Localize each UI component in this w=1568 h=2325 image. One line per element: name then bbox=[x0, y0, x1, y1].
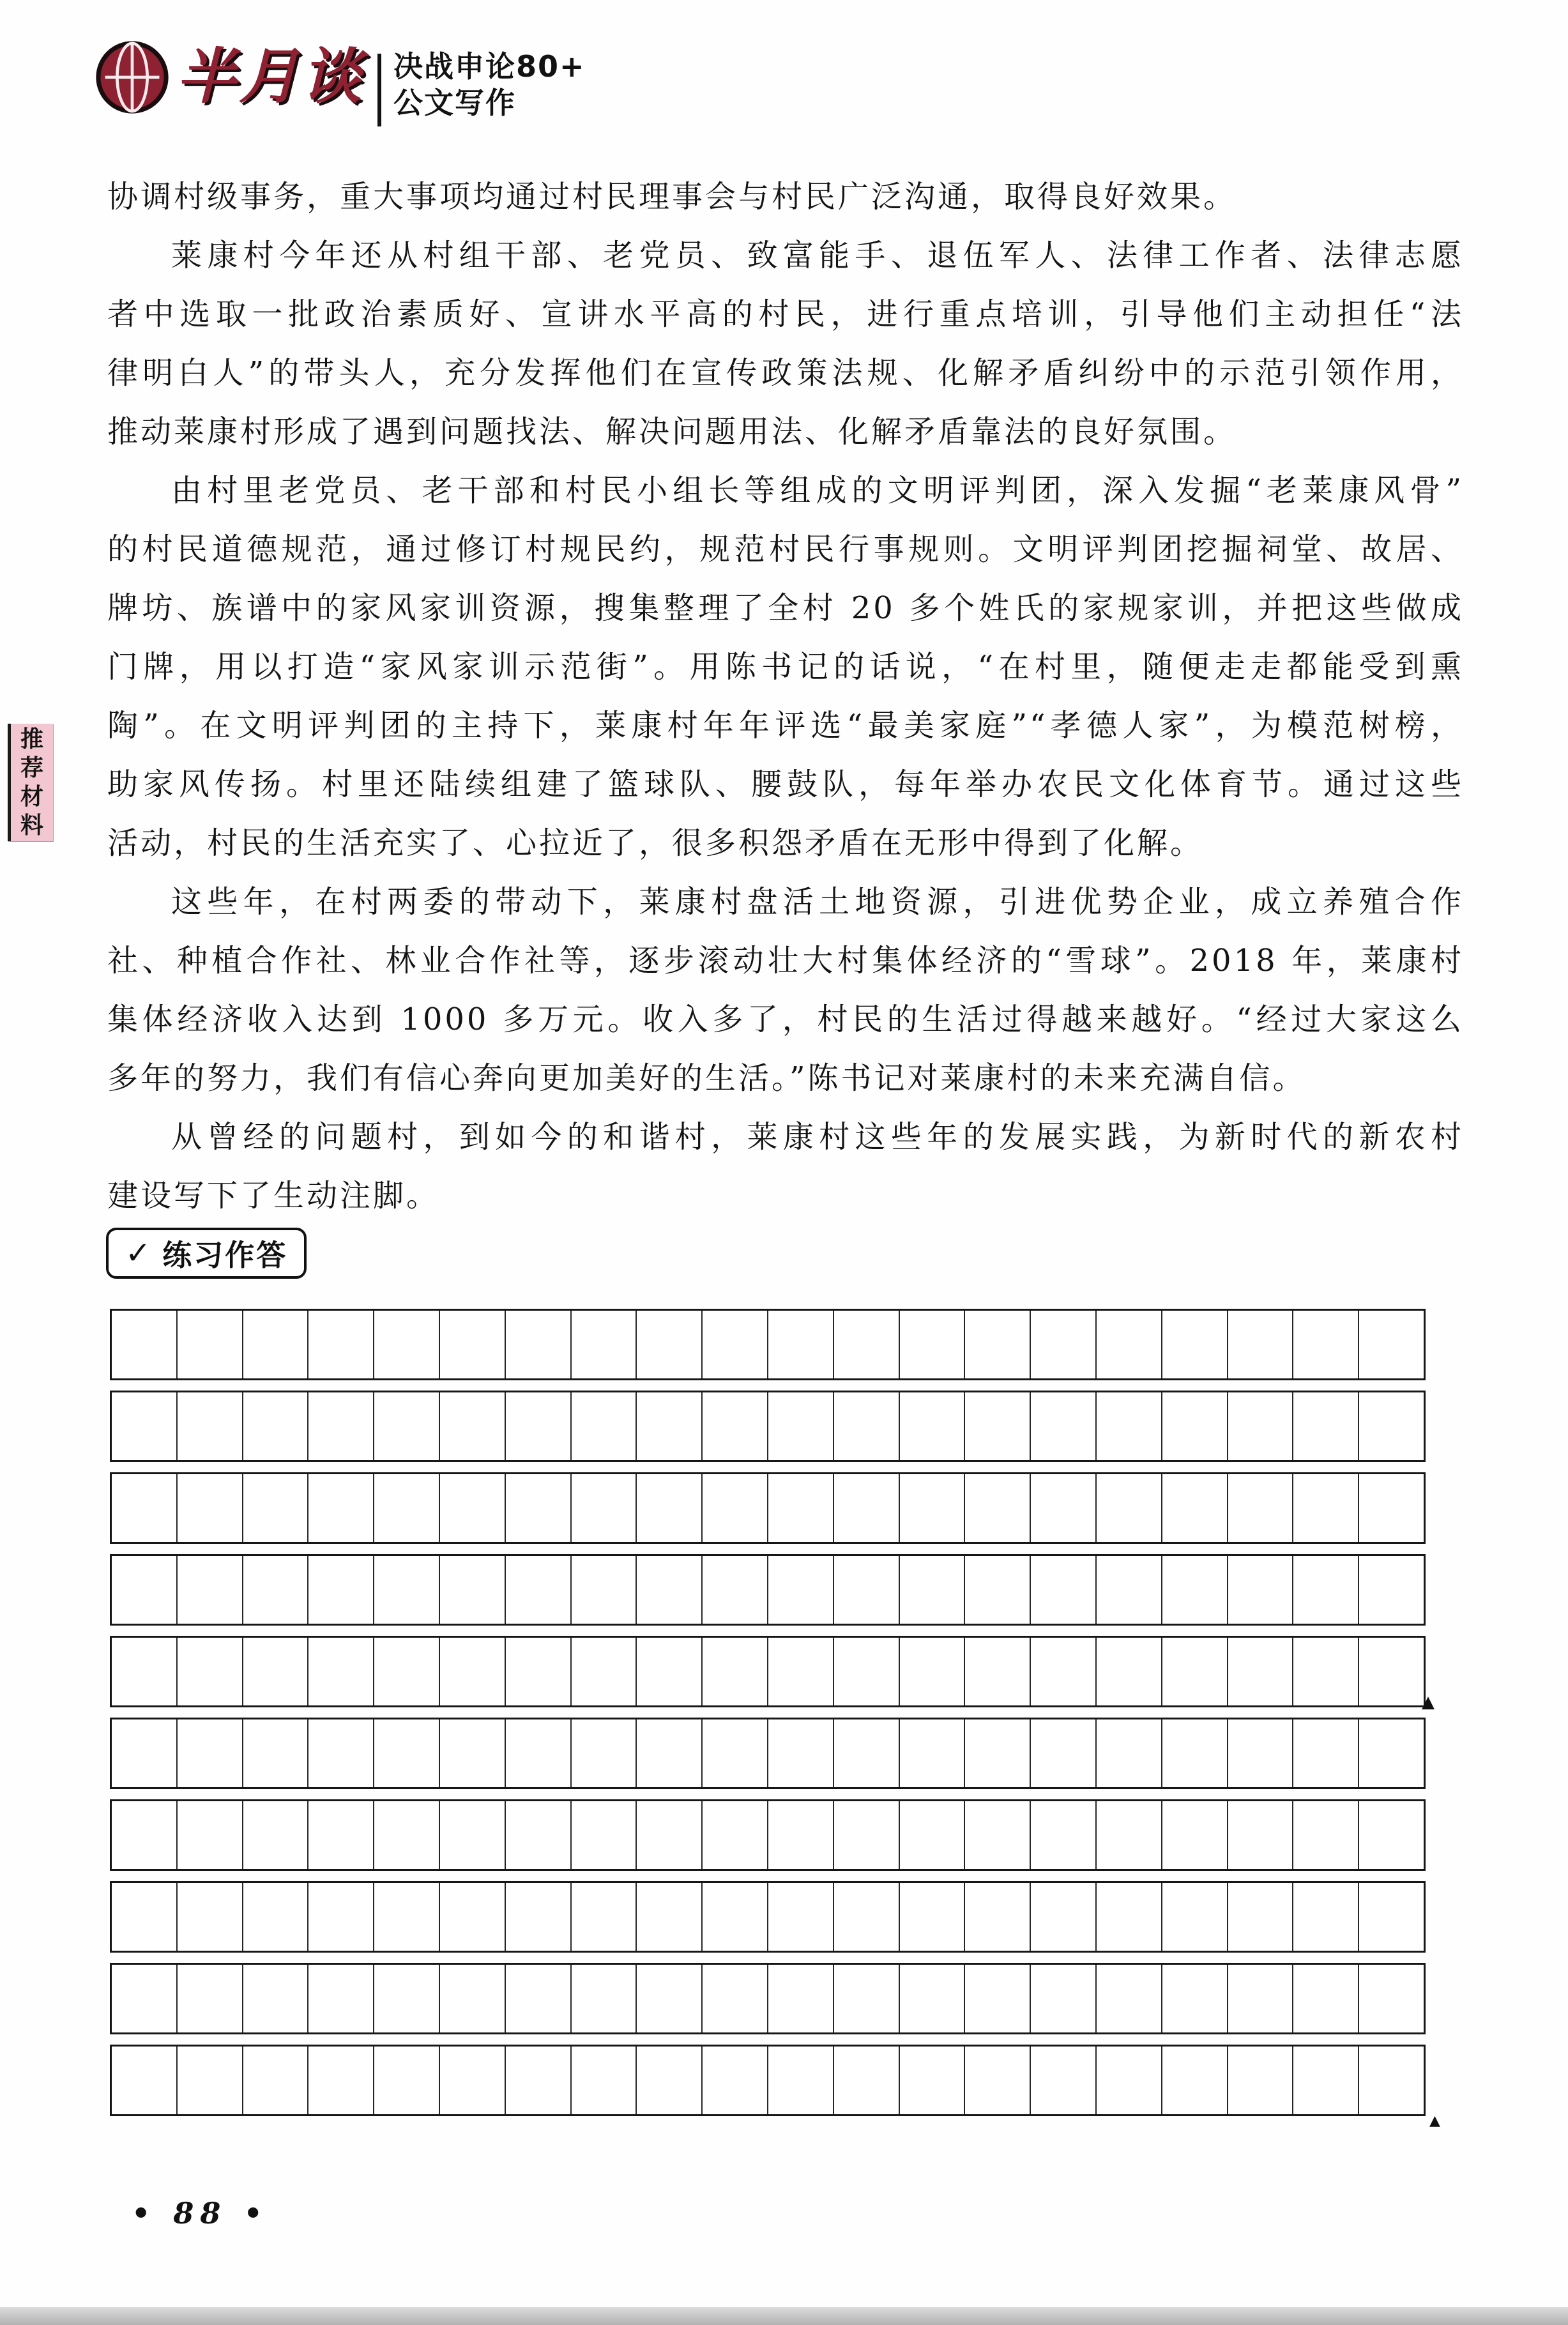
grid-cell bbox=[1031, 1801, 1097, 1869]
grid-cell bbox=[1162, 1638, 1228, 1705]
grid-cell bbox=[703, 1965, 768, 2032]
body-line: 建设写下了生动注脚。 bbox=[107, 1166, 1464, 1225]
grid-cell bbox=[308, 1801, 374, 1869]
grid-cell bbox=[374, 1965, 440, 2032]
grid-cell bbox=[1293, 1719, 1359, 1787]
grid-cell bbox=[308, 1638, 374, 1705]
triangle-marker: ▲ bbox=[1422, 1694, 1435, 1711]
grid-cell bbox=[1031, 2047, 1097, 2114]
grid-cell bbox=[834, 1556, 900, 1624]
grid-cell bbox=[1359, 1883, 1424, 1951]
grid-cell bbox=[768, 1638, 834, 1705]
grid-cell bbox=[768, 1556, 834, 1624]
grid-cell bbox=[112, 1311, 178, 1378]
header-divider bbox=[377, 54, 381, 126]
body-line: 由村里老党员、老干部和村民小组长等组成的文明评判团，深入发掘“老莱康风骨” bbox=[107, 461, 1464, 520]
body-line: 这些年，在村两委的带动下，莱康村盘活土地资源，引进优势企业，成立养殖合作 bbox=[107, 873, 1464, 931]
grid-cell bbox=[768, 1719, 834, 1787]
grid-cell bbox=[572, 1638, 637, 1705]
grid-row bbox=[110, 1636, 1426, 1707]
grid-cell bbox=[1097, 1556, 1162, 1624]
grid-cell bbox=[965, 1801, 1031, 1869]
grid-cell bbox=[308, 1556, 374, 1624]
page-number: • 88 • bbox=[132, 2196, 269, 2230]
side-tab-char: 材 bbox=[20, 782, 43, 811]
grid-cell bbox=[1162, 1719, 1228, 1787]
grid-cell bbox=[834, 1801, 900, 1869]
grid-cell bbox=[637, 1638, 703, 1705]
grid-row bbox=[110, 1391, 1426, 1462]
grid-cell bbox=[1293, 2047, 1359, 2114]
grid-cell bbox=[703, 1883, 768, 1951]
grid-cell bbox=[243, 1311, 309, 1378]
grid-row bbox=[110, 1554, 1426, 1626]
body-line: 莱康村今年还从村组干部、老党员、致富能手、退伍军人、法律工作者、法律志愿 bbox=[107, 226, 1464, 285]
grid-cell bbox=[112, 1474, 178, 1542]
grid-cell bbox=[965, 1965, 1031, 2032]
grid-cell bbox=[243, 1392, 309, 1460]
grid-cell bbox=[440, 1719, 506, 1787]
grid-cell bbox=[1293, 1474, 1359, 1542]
grid-cell bbox=[703, 1392, 768, 1460]
grid-cell bbox=[178, 1311, 243, 1378]
grid-cell bbox=[834, 1474, 900, 1542]
grid-cell bbox=[243, 1638, 309, 1705]
grid-cell bbox=[768, 1801, 834, 1869]
side-tab-char: 推 bbox=[20, 725, 43, 754]
grid-cell bbox=[703, 1474, 768, 1542]
grid-cell bbox=[834, 1719, 900, 1787]
grid-cell bbox=[703, 2047, 768, 2114]
grid-cell bbox=[1097, 1719, 1162, 1787]
grid-cell bbox=[1162, 1474, 1228, 1542]
grid-cell bbox=[572, 1965, 637, 2032]
grid-cell bbox=[1228, 1801, 1294, 1869]
grid-cell bbox=[637, 1965, 703, 2032]
grid-cell bbox=[112, 1719, 178, 1787]
body-line: 助家风传扬。村里还陆续组建了篮球队、腰鼓队，每年举办农民文化体育节。通过这些 bbox=[107, 755, 1464, 814]
grid-cell bbox=[506, 2047, 572, 2114]
globe-icon bbox=[95, 34, 170, 120]
grid-cell bbox=[1359, 1556, 1424, 1624]
grid-cell bbox=[243, 1965, 309, 2032]
grid-row bbox=[110, 2045, 1426, 2116]
grid-cell bbox=[178, 1883, 243, 1951]
grid-cell bbox=[834, 2047, 900, 2114]
grid-cell bbox=[768, 1883, 834, 1951]
grid-row bbox=[110, 1309, 1426, 1380]
grid-cell bbox=[1228, 1392, 1294, 1460]
grid-cell bbox=[965, 1392, 1031, 1460]
grid-cell bbox=[243, 1883, 309, 1951]
grid-cell bbox=[900, 1719, 966, 1787]
grid-cell bbox=[1162, 1311, 1228, 1378]
grid-cell bbox=[768, 2047, 834, 2114]
grid-cell bbox=[506, 1883, 572, 1951]
grid-cell bbox=[768, 1392, 834, 1460]
grid-cell bbox=[1097, 1311, 1162, 1378]
grid-cell bbox=[1228, 1474, 1294, 1542]
grid-cell bbox=[1359, 1801, 1424, 1869]
grid-row bbox=[110, 1718, 1426, 1789]
grid-cell bbox=[1293, 1638, 1359, 1705]
grid-cell bbox=[506, 1638, 572, 1705]
triangle-marker: ▲ bbox=[1429, 2114, 1440, 2128]
grid-row bbox=[110, 1472, 1426, 1544]
grid-cell bbox=[374, 1719, 440, 1787]
grid-cell bbox=[308, 1392, 374, 1460]
grid-cell bbox=[1359, 1392, 1424, 1460]
grid-cell bbox=[1359, 2047, 1424, 2114]
grid-cell bbox=[900, 1392, 966, 1460]
grid-cell bbox=[834, 1638, 900, 1705]
grid-cell bbox=[834, 1311, 900, 1378]
grid-cell bbox=[834, 1392, 900, 1460]
grid-cell bbox=[1031, 1311, 1097, 1378]
grid-cell bbox=[440, 1883, 506, 1951]
grid-cell bbox=[965, 1638, 1031, 1705]
grid-cell bbox=[112, 2047, 178, 2114]
grid-cell bbox=[374, 1883, 440, 1951]
grid-cell bbox=[900, 1311, 966, 1378]
grid-cell bbox=[1162, 1392, 1228, 1460]
grid-cell bbox=[965, 1719, 1031, 1787]
grid-cell bbox=[506, 1719, 572, 1787]
grid-cell bbox=[965, 2047, 1031, 2114]
grid-cell bbox=[440, 1311, 506, 1378]
body-line: 集体经济收入达到 1000 多万元。收入多了，村民的生活过得越来越好。“经过大家… bbox=[107, 990, 1464, 1049]
grid-cell bbox=[308, 1719, 374, 1787]
grid-cell bbox=[440, 1638, 506, 1705]
body-line: 社、种植合作社、林业合作社等，逐步滚动壮大村集体经济的“雪球”。2018 年，莱… bbox=[107, 931, 1464, 990]
grid-cell bbox=[1228, 1638, 1294, 1705]
grid-cell bbox=[572, 1556, 637, 1624]
body-line: 活动，村民的生活充实了、心拉近了，很多积怨矛盾在无形中得到了化解。 bbox=[107, 814, 1464, 873]
practice-answer-label: 练习作答 bbox=[162, 1232, 287, 1274]
grid-cell bbox=[1359, 1965, 1424, 2032]
grid-cell bbox=[1031, 1556, 1097, 1624]
grid-cell bbox=[1293, 1311, 1359, 1378]
grid-cell bbox=[1097, 1638, 1162, 1705]
grid-cell bbox=[1359, 1311, 1424, 1378]
grid-cell bbox=[112, 1801, 178, 1869]
grid-cell bbox=[572, 2047, 637, 2114]
grid-cell bbox=[243, 1719, 309, 1787]
grid-cell bbox=[900, 1638, 966, 1705]
grid-cell bbox=[572, 1801, 637, 1869]
grid-cell bbox=[506, 1474, 572, 1542]
grid-cell bbox=[572, 1719, 637, 1787]
grid-cell bbox=[1162, 1556, 1228, 1624]
grid-cell bbox=[1359, 1719, 1424, 1787]
body-line: 牌坊、族谱中的家风家训资源，搜集整理了全村 20 多个姓氏的家规家训，并把这些做… bbox=[107, 579, 1464, 637]
grid-cell bbox=[374, 1311, 440, 1378]
grid-cell bbox=[178, 1801, 243, 1869]
grid-cell bbox=[1228, 1556, 1294, 1624]
grid-cell bbox=[1097, 1801, 1162, 1869]
grid-cell bbox=[506, 1311, 572, 1378]
grid-cell bbox=[1293, 1965, 1359, 2032]
grid-cell bbox=[1293, 1556, 1359, 1624]
header-text: 决战申论80+ 公文写作 bbox=[393, 49, 586, 121]
scan-edge-shadow bbox=[0, 2307, 1568, 2325]
grid-cell bbox=[112, 1392, 178, 1460]
grid-cell bbox=[965, 1311, 1031, 1378]
grid-cell bbox=[243, 2047, 309, 2114]
grid-cell bbox=[308, 1474, 374, 1542]
body-line: 陶”。在文明评判团的主持下，莱康村年年评选“最美家庭”“孝德人家”，为模范树榜， bbox=[107, 696, 1464, 755]
grid-cell bbox=[374, 1392, 440, 1460]
grid-cell bbox=[374, 1801, 440, 1869]
grid-cell bbox=[637, 1801, 703, 1869]
side-tab-char: 料 bbox=[20, 811, 43, 840]
grid-cell bbox=[1228, 1311, 1294, 1378]
grid-cell bbox=[1162, 1883, 1228, 1951]
grid-cell bbox=[178, 1638, 243, 1705]
grid-cell bbox=[965, 1556, 1031, 1624]
grid-cell bbox=[965, 1474, 1031, 1542]
grid-cell bbox=[112, 1556, 178, 1624]
grid-cell bbox=[308, 1311, 374, 1378]
grid-cell bbox=[768, 1474, 834, 1542]
grid-cell bbox=[178, 1392, 243, 1460]
body-line: 从曾经的问题村，到如今的和谐村，莱康村这些年的发展实践，为新时代的新农村 bbox=[107, 1108, 1464, 1166]
grid-cell bbox=[1293, 1392, 1359, 1460]
grid-cell bbox=[1031, 1965, 1097, 2032]
grid-cell bbox=[178, 1474, 243, 1542]
grid-cell bbox=[834, 1965, 900, 2032]
grid-cell bbox=[178, 1719, 243, 1787]
grid-cell bbox=[572, 1392, 637, 1460]
grid-cell bbox=[374, 1556, 440, 1624]
grid-cell bbox=[506, 1392, 572, 1460]
grid-cell bbox=[703, 1311, 768, 1378]
grid-cell bbox=[1293, 1801, 1359, 1869]
grid-cell bbox=[1359, 1638, 1424, 1705]
body-line: 门牌，用以打造“家风家训示范街”。用陈书记的话说，“在村里，随便走走都能受到熏 bbox=[107, 637, 1464, 696]
grid-cell bbox=[637, 1883, 703, 1951]
grid-cell bbox=[506, 1556, 572, 1624]
grid-cell bbox=[112, 1638, 178, 1705]
grid-cell bbox=[308, 1883, 374, 1951]
grid-row bbox=[110, 1799, 1426, 1871]
grid-cell bbox=[1162, 1801, 1228, 1869]
grid-cell bbox=[900, 1556, 966, 1624]
grid-cell bbox=[1031, 1719, 1097, 1787]
grid-cell bbox=[900, 1474, 966, 1542]
grid-cell bbox=[243, 1474, 309, 1542]
grid-cell bbox=[900, 1883, 966, 1951]
grid-cell bbox=[506, 1965, 572, 2032]
grid-cell bbox=[374, 1638, 440, 1705]
grid-cell bbox=[1228, 1719, 1294, 1787]
grid-row bbox=[110, 1963, 1426, 2034]
grid-cell bbox=[834, 1883, 900, 1951]
grid-cell bbox=[506, 1801, 572, 1869]
body-line: 者中选取一批政治素质好、宣讲水平高的村民，进行重点培训，引导他们主动担任“法 bbox=[107, 285, 1464, 344]
grid-cell bbox=[1228, 1965, 1294, 2032]
answer-grid bbox=[110, 1309, 1426, 2116]
grid-cell bbox=[1293, 1883, 1359, 1951]
body-line: 律明白人”的带头人，充分发挥他们在宣传政策法规、化解矛盾纠纷中的示范引领作用， bbox=[107, 344, 1464, 402]
grid-cell bbox=[703, 1556, 768, 1624]
grid-cell bbox=[703, 1719, 768, 1787]
grid-cell bbox=[1097, 1883, 1162, 1951]
grid-cell bbox=[1359, 1474, 1424, 1542]
grid-cell bbox=[900, 2047, 966, 2114]
grid-cell bbox=[440, 1965, 506, 2032]
check-icon: ✓ bbox=[125, 1238, 151, 1269]
grid-cell bbox=[178, 1556, 243, 1624]
grid-cell bbox=[637, 1311, 703, 1378]
brand-logo-text: 半月谈 bbox=[176, 42, 364, 112]
body-text: 协调村级事务，重大事项均通过村民理事会与村民广泛沟通，取得良好效果。莱康村今年还… bbox=[107, 167, 1464, 1225]
grid-cell bbox=[1097, 1392, 1162, 1460]
grid-cell bbox=[703, 1638, 768, 1705]
grid-cell bbox=[1031, 1638, 1097, 1705]
grid-cell bbox=[243, 1556, 309, 1624]
grid-cell bbox=[1097, 1474, 1162, 1542]
grid-cell bbox=[768, 1311, 834, 1378]
grid-cell bbox=[440, 1392, 506, 1460]
side-tab-recommended-material: 推荐材料 bbox=[8, 724, 53, 841]
grid-cell bbox=[637, 1474, 703, 1542]
body-line: 协调村级事务，重大事项均通过村民理事会与村民广泛沟通，取得良好效果。 bbox=[107, 167, 1464, 226]
grid-cell bbox=[112, 1965, 178, 2032]
grid-cell bbox=[1031, 1392, 1097, 1460]
body-line: 多年的努力，我们有信心奔向更加美好的生活。”陈书记对莱康村的未来充满自信。 bbox=[107, 1049, 1464, 1108]
grid-cell bbox=[440, 1474, 506, 1542]
grid-row bbox=[110, 1881, 1426, 1953]
body-line: 的村民道德规范，通过修订村规民约，规范村民行事规则。文明评判团挖掘祠堂、故居、 bbox=[107, 520, 1464, 579]
grid-cell bbox=[965, 1883, 1031, 1951]
book-page: 半月谈 决战申论80+ 公文写作 推荐材料 协调村级事务，重大事项均通过村民理事… bbox=[0, 0, 1568, 2325]
grid-cell bbox=[900, 1801, 966, 1869]
grid-cell bbox=[440, 1801, 506, 1869]
grid-cell bbox=[440, 2047, 506, 2114]
grid-cell bbox=[637, 1392, 703, 1460]
side-tab-char: 荐 bbox=[20, 754, 43, 782]
grid-cell bbox=[440, 1556, 506, 1624]
grid-cell bbox=[112, 1883, 178, 1951]
book-title: 公文写作 bbox=[393, 85, 586, 121]
grid-cell bbox=[1097, 1965, 1162, 2032]
grid-cell bbox=[1162, 1965, 1228, 2032]
grid-cell bbox=[1031, 1474, 1097, 1542]
grid-cell bbox=[308, 2047, 374, 2114]
series-title: 决战申论80+ bbox=[393, 49, 586, 85]
grid-cell bbox=[1031, 1883, 1097, 1951]
grid-cell bbox=[1097, 2047, 1162, 2114]
grid-cell bbox=[703, 1801, 768, 1869]
grid-cell bbox=[637, 1719, 703, 1787]
grid-cell bbox=[308, 1965, 374, 2032]
practice-answer-badge: ✓ 练习作答 bbox=[106, 1228, 307, 1279]
grid-cell bbox=[900, 1965, 966, 2032]
grid-cell bbox=[178, 1965, 243, 2032]
grid-cell bbox=[1228, 2047, 1294, 2114]
body-line: 推动莱康村形成了遇到问题找法、解决问题用法、化解矛盾靠法的良好氛围。 bbox=[107, 402, 1464, 461]
grid-cell bbox=[178, 2047, 243, 2114]
grid-cell bbox=[637, 1556, 703, 1624]
grid-cell bbox=[768, 1965, 834, 2032]
grid-cell bbox=[374, 2047, 440, 2114]
grid-cell bbox=[637, 2047, 703, 2114]
grid-cell bbox=[243, 1801, 309, 1869]
grid-cell bbox=[374, 1474, 440, 1542]
grid-cell bbox=[572, 1311, 637, 1378]
grid-cell bbox=[1228, 1883, 1294, 1951]
grid-cell bbox=[572, 1883, 637, 1951]
grid-cell bbox=[1162, 2047, 1228, 2114]
grid-cell bbox=[572, 1474, 637, 1542]
